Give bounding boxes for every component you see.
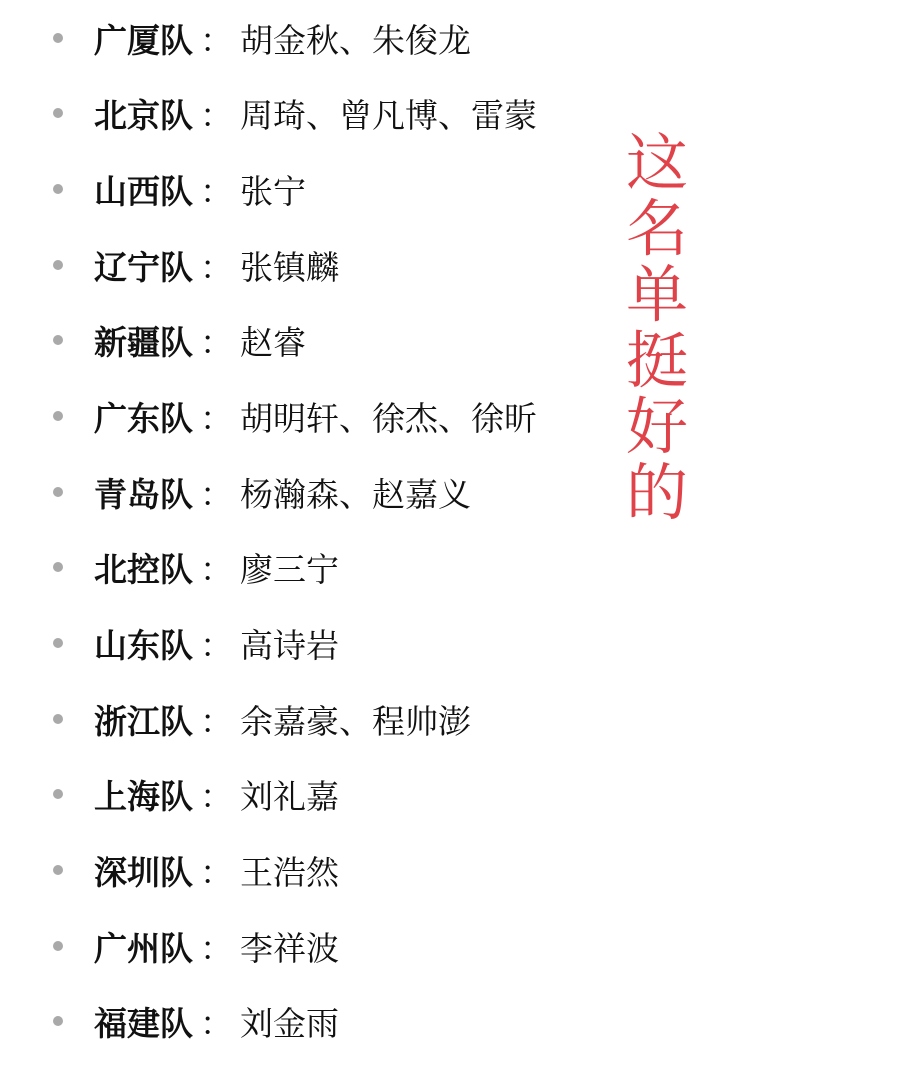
- team-name: 广州队: [94, 923, 193, 970]
- team-name: 山东队: [94, 620, 193, 667]
- annotation-char: 名: [622, 196, 692, 262]
- colon: ：: [200, 923, 233, 970]
- annotation-char: 好: [622, 394, 692, 460]
- colon: ：: [200, 847, 233, 894]
- team-name: 深圳队: [94, 847, 193, 894]
- colon: ：: [200, 696, 233, 743]
- team-name: 北控队: [94, 544, 193, 591]
- colon: ：: [200, 771, 233, 818]
- bullet-icon: [53, 714, 63, 724]
- team-name: 福建队: [94, 998, 193, 1045]
- player-names: 高诗岩: [240, 620, 339, 667]
- player-names: 王浩然: [240, 847, 339, 894]
- player-names: 赵睿: [240, 317, 306, 364]
- player-names: 周琦、曾凡博、雷蒙: [240, 90, 537, 137]
- colon: ：: [200, 393, 233, 440]
- player-names: 刘金雨: [240, 998, 339, 1045]
- annotation-char: 的: [622, 460, 692, 526]
- colon: ：: [200, 90, 233, 137]
- colon: ：: [200, 469, 233, 516]
- player-names: 胡明轩、徐杰、徐昕: [240, 393, 537, 440]
- colon: ：: [200, 998, 233, 1045]
- colon: ：: [200, 317, 233, 364]
- team-name: 山西队: [94, 166, 193, 213]
- team-name: 辽宁队: [94, 242, 193, 289]
- bullet-icon: [53, 789, 63, 799]
- bullet-icon: [53, 260, 63, 270]
- bullet-icon: [53, 487, 63, 497]
- player-names: 廖三宁: [240, 544, 339, 591]
- annotation-char: 单: [622, 262, 692, 328]
- colon: ：: [200, 544, 233, 591]
- player-names: 张宁: [240, 166, 306, 213]
- player-names: 杨瀚森、赵嘉义: [240, 469, 471, 516]
- player-names: 李祥波: [240, 923, 339, 970]
- colon: ：: [200, 242, 233, 289]
- bullet-icon: [53, 108, 63, 118]
- team-name: 上海队: [94, 771, 193, 818]
- bullet-icon: [53, 411, 63, 421]
- player-names: 张镇麟: [240, 242, 339, 289]
- team-name: 北京队: [94, 90, 193, 137]
- player-names: 刘礼嘉: [240, 771, 339, 818]
- bullet-icon: [53, 1016, 63, 1026]
- bullet-icon: [53, 638, 63, 648]
- bullet-icon: [53, 184, 63, 194]
- team-name: 青岛队: [94, 469, 193, 516]
- team-name: 浙江队: [94, 696, 193, 743]
- player-names: 胡金秋、朱俊龙: [240, 15, 471, 62]
- player-names: 余嘉豪、程帅澎: [240, 696, 471, 743]
- bullet-icon: [53, 941, 63, 951]
- team-name: 新疆队: [94, 317, 193, 364]
- vertical-annotation: 这 名 单 挺 好 的: [622, 130, 692, 526]
- bullet-icon: [53, 865, 63, 875]
- annotation-char: 挺: [622, 328, 692, 394]
- team-name: 广厦队: [94, 15, 193, 62]
- colon: ：: [200, 166, 233, 213]
- bullet-icon: [53, 33, 63, 43]
- bullet-icon: [53, 562, 63, 572]
- colon: ：: [200, 620, 233, 667]
- annotation-char: 这: [622, 130, 692, 196]
- team-name: 广东队: [94, 393, 193, 440]
- colon: ：: [200, 15, 233, 62]
- bullet-icon: [53, 335, 63, 345]
